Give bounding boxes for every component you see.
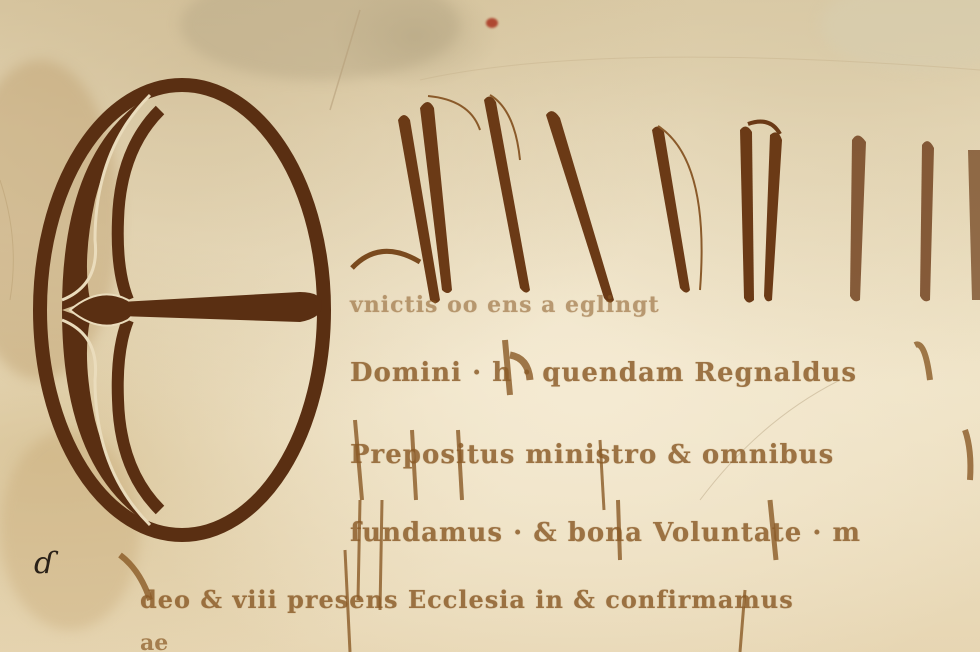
text-line-2: Domini · h · quendam Regnaldus (350, 358, 857, 388)
decorated-initial-e (40, 85, 324, 535)
text-line-5: deo & viii presens Ecclesia in & confirm… (140, 585, 794, 614)
text-line-4: fundamus · & bona Voluntate · m (350, 518, 861, 548)
text-line-3: Prepositus ministro & omnibus (350, 440, 834, 470)
text-line-1: vnictis oo ens a eglingt (350, 292, 660, 318)
margin-mark: ɗ (34, 546, 54, 581)
manuscript-photo: vnictis oo ens a eglingt Domini · h · qu… (0, 0, 980, 652)
manuscript-drawing (0, 0, 980, 652)
elongated-letters (352, 95, 980, 303)
bottom-fragment: ae (140, 630, 168, 652)
